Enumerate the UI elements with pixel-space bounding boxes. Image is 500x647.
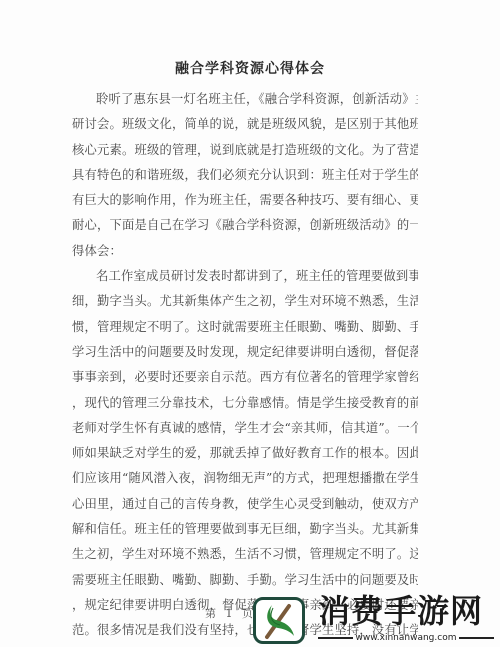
watermark: 消费手游网 www.xinnanwang.com (252, 596, 500, 647)
watermark-url-row: www.xinnanwang.com (318, 632, 494, 644)
watermark-url: www.xinnanwang.com (353, 633, 460, 643)
text-line: 解和信任。班主任的管理要做到事无巨细，勤字当头。尤其新集体产 (72, 517, 418, 542)
text-line: 名工作室成员研讨发表时都讲到了，班主任的管理要做到事无巨 (72, 264, 418, 289)
text-line: 师如果缺乏对学生的爱，那就丢掉了做好教育工作的根本。因此，我 (72, 441, 418, 466)
paragraph-1: 聆听了惠东县一灯名班主任，《融合学科资源，创新活动》主题 研讨会。班级文化，简单… (72, 87, 418, 264)
text-line: 事事亲到，必要时还要亲自示范。西方有位著名的管理学家曾经说过 (72, 365, 418, 390)
text-line: 惯，管理规定不明了。这时就需要班主任眼勤、嘴勤、脚勤、手勤。 (72, 315, 418, 340)
document-page: 融合学科资源心得体会 聆听了惠东县一灯名班主任，《融合学科资源，创新活动》主题 … (0, 0, 500, 647)
paragraph-2: 名工作室成员研讨发表时都讲到了，班主任的管理要做到事无巨 细，勤字当头。尤其新集… (72, 264, 418, 643)
text-line: 细，勤字当头。尤其新集体产生之初，学生对环境不熟悉，生活不习 (72, 289, 418, 314)
text-line: 们应该用“随风潜入夜，润物细无声”的方式，把理想播撒在学生的 (72, 466, 418, 491)
document-title: 融合学科资源心得体会 (0, 58, 500, 78)
text-line: 耐心，下面是自己在学习《融合学科资源，创新班级活动》的一点心 (72, 213, 418, 238)
text-line: 老师对学生怀有真诚的感情，学生才会“亲其师，信其道”。一个老 (72, 416, 418, 441)
leaf-logo-icon (253, 597, 305, 644)
divider (459, 637, 494, 639)
text-line: 聆听了惠东县一灯名班主任，《融合学科资源，创新活动》主题 (72, 87, 418, 112)
text-line: 需要班主任眼勤、嘴勤、脚勤、手勤。学习生活中的问题要及时发现 (72, 568, 418, 593)
page-number: 第 1 页 (205, 605, 256, 621)
document-body: 聆听了惠东县一灯名班主任，《融合学科资源，创新活动》主题 研讨会。班级文化，简单… (72, 87, 418, 644)
text-line: ，现代的管理三分靠技术，七分靠感情。情是学生接受教育的前提， (72, 391, 418, 416)
watermark-site-name: 消费手游网 (318, 593, 483, 629)
text-line: 有巨大的影响作用，作为班主任，需要各种技巧、要有细心、更要有 (72, 188, 418, 213)
text-line: 生之初，学生对环境不熟悉，生活不习惯，管理规定不明了。这时就 (72, 542, 418, 567)
text-line: 研讨会。班级文化，简单的说，就是班级风貌，是区别于其他班级的 (72, 112, 418, 137)
text-line: 核心元素。班级的管理，说到底就是打造班级的文化。为了营造一个 (72, 138, 418, 163)
text-line: 具有特色的和谐班级，我们必须充分认识到：班主任对于学生的成长 (72, 163, 418, 188)
text-line: 心田里，通过自己的言传身教，使学生心灵受到触动，使双方产生理 (72, 492, 418, 517)
text-line: 学习生活中的问题要及时发现，规定纪律要讲明白透彻，督促落实要 (72, 340, 418, 365)
divider (318, 637, 353, 639)
text-line: 得体会： (72, 239, 418, 264)
